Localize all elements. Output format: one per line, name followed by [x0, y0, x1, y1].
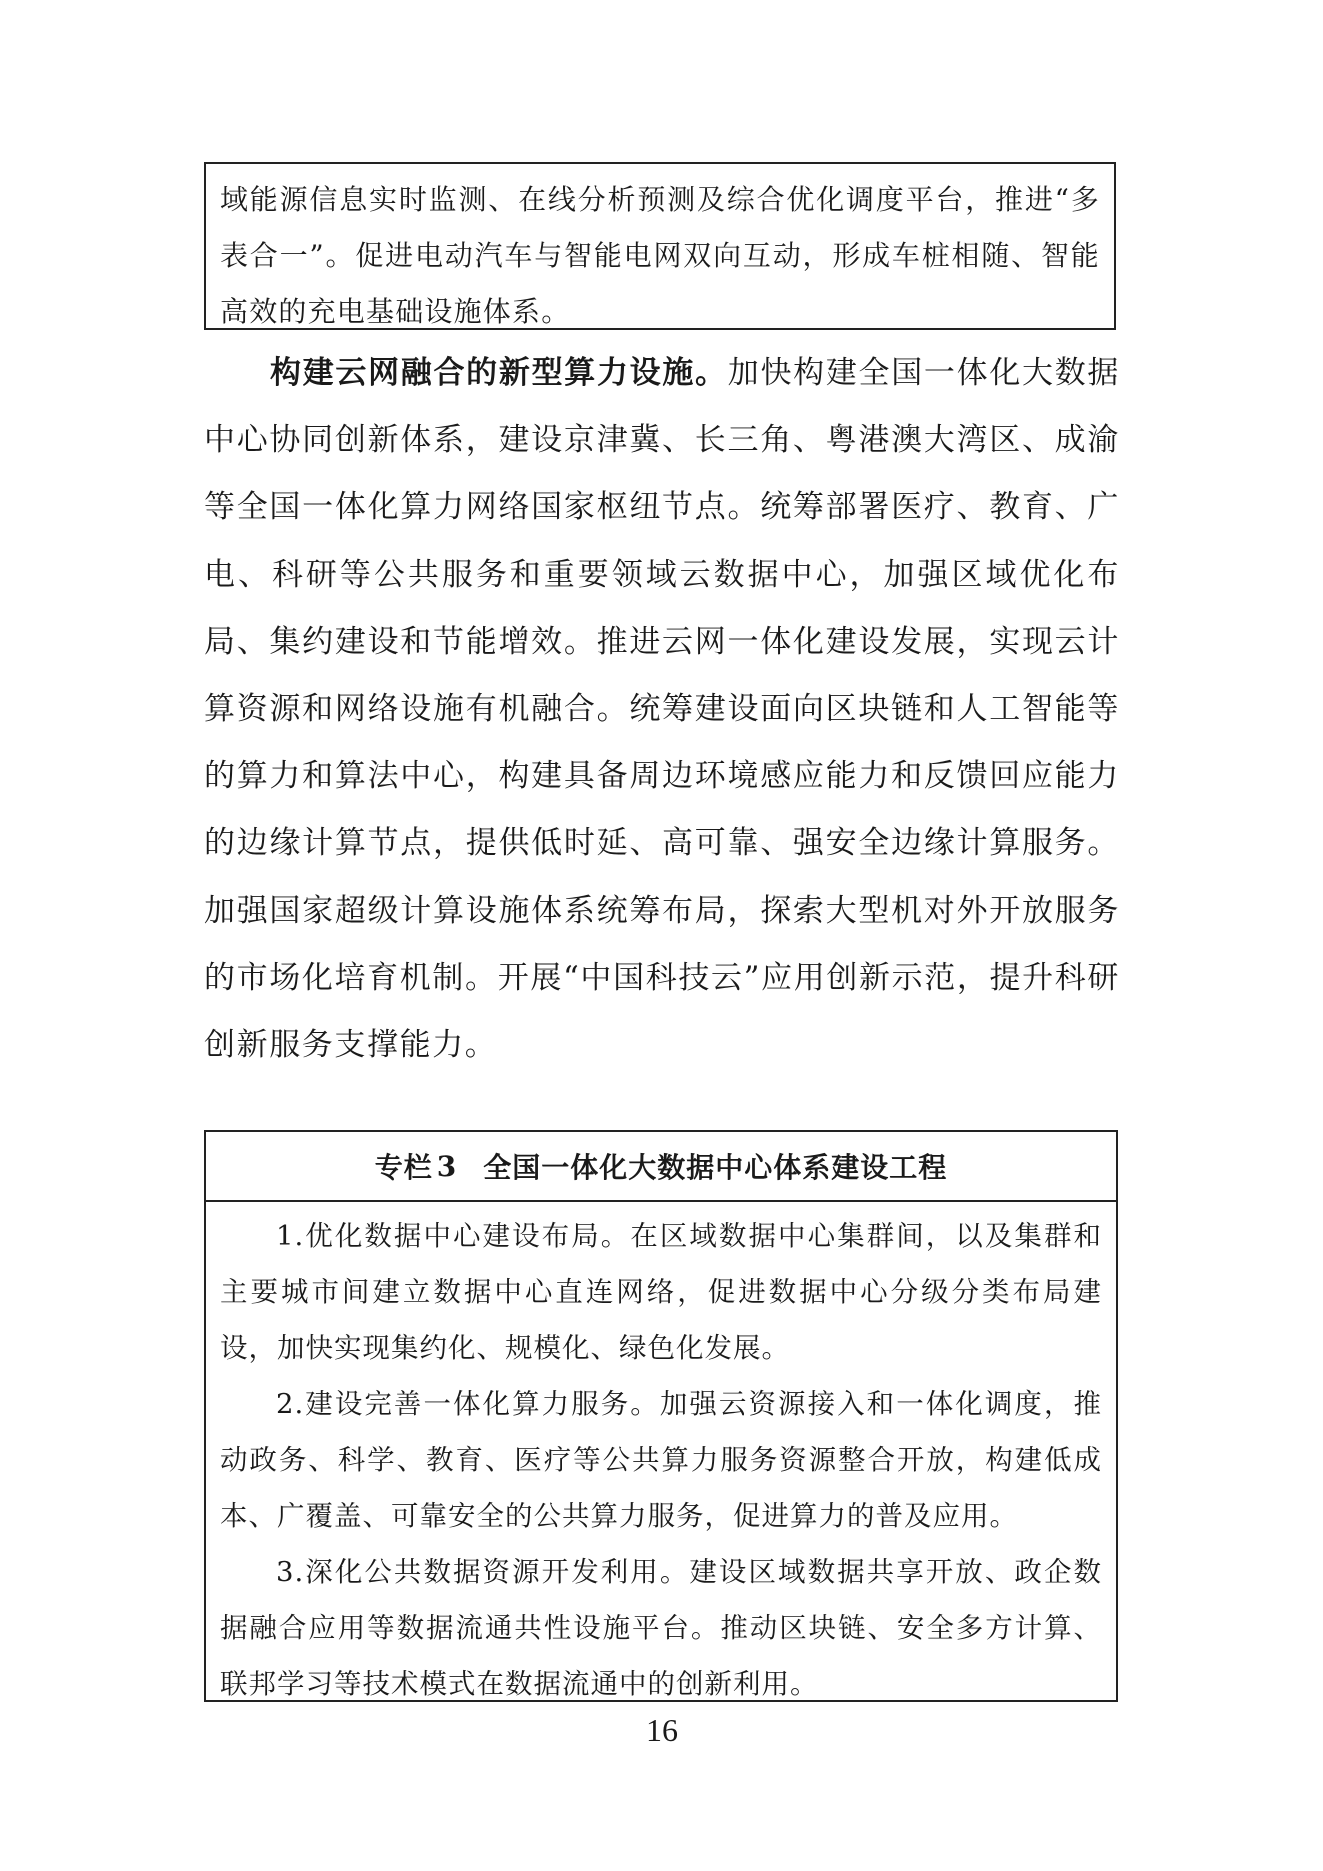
- document-page: 域能源信息实时监测、在线分析预测及综合优化调度平台，推进“多表合一”。促进电动汽…: [0, 0, 1323, 1871]
- continued-box-text: 域能源信息实时监测、在线分析预测及综合优化调度平台，推进“多表合一”。促进电动汽…: [220, 172, 1100, 340]
- column-title: 全国一体化大数据中心体系建设工程: [483, 1146, 947, 1186]
- column-header: 专栏 3 全国一体化大数据中心体系建设工程: [206, 1132, 1116, 1202]
- continued-text-box: 域能源信息实时监测、在线分析预测及综合优化调度平台，推进“多表合一”。促进电动汽…: [204, 162, 1116, 330]
- column-prefix: 专栏: [375, 1146, 433, 1186]
- main-paragraph: 构建云网融合的新型算力设施。加快构建全国一体化大数据中心协同创新体系，建设京津冀…: [204, 340, 1120, 1079]
- column-item-1: 1.优化数据中心建设布局。在区域数据中心集群间，以及集群和主要城市间建立数据中心…: [220, 1208, 1102, 1376]
- column-body: 1.优化数据中心建设布局。在区域数据中心集群间，以及集群和主要城市间建立数据中心…: [206, 1202, 1116, 1712]
- column-item-3: 3.深化公共数据资源开发利用。建设区域数据共享开放、政企数据融合应用等数据流通共…: [220, 1544, 1102, 1712]
- page-number: 16: [32, 1712, 1292, 1748]
- column-number: 3: [437, 1150, 457, 1183]
- paragraph-body: 加快构建全国一体化大数据中心协同创新体系，建设京津冀、长三角、粤港澳大湾区、成渝…: [204, 355, 1120, 1063]
- paragraph-lead-heading: 构建云网融合的新型算力设施。: [270, 355, 728, 391]
- special-column-box: 专栏 3 全国一体化大数据中心体系建设工程 1.优化数据中心建设布局。在区域数据…: [204, 1130, 1118, 1702]
- column-item-2: 2.建设完善一体化算力服务。加强云资源接入和一体化调度，推动政务、科学、教育、医…: [220, 1376, 1102, 1544]
